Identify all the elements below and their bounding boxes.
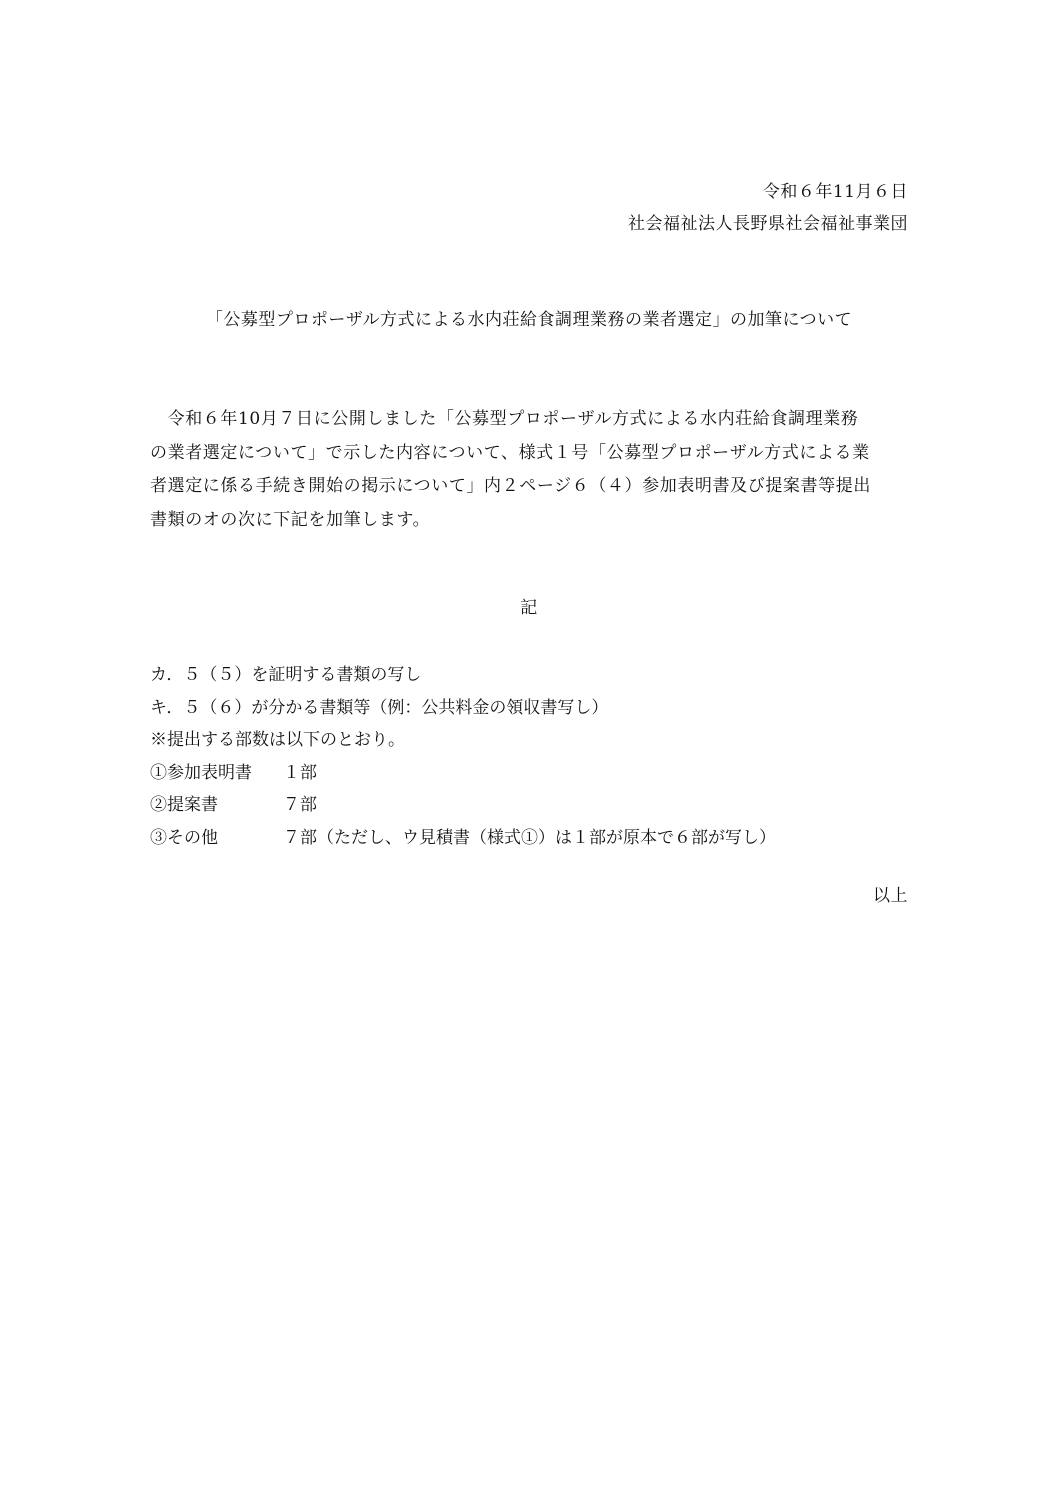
copies-value: ７部 — [283, 789, 317, 822]
list-item-ki: キ．５（６）が分かる書類等（例：公共料金の領収書写し） — [150, 692, 776, 725]
body-line: 令和６年10月７日に公開しました「公募型プロポーザル方式による水内荘給食調理業務 — [150, 403, 910, 437]
document-title: 「公募型プロポーザル方式による水内荘給食調理業務の業者選定」の加筆について — [0, 309, 1058, 331]
document-page: 令和６年11月６日 社会福祉法人長野県社会福祉事業団 「公募型プロポーザル方式に… — [0, 0, 1058, 1497]
note-text: ※提出する部数は以下のとおり。 — [150, 724, 405, 757]
list-item-ka: カ．５（５）を証明する書類の写し — [150, 659, 776, 692]
copies-row: ②提案書 ７部 — [150, 789, 776, 822]
body-paragraph: 令和６年10月７日に公開しました「公募型プロポーザル方式による水内荘給食調理業務… — [150, 403, 910, 537]
item-text: キ．５（６）が分かる書類等（例：公共料金の領収書写し） — [150, 692, 608, 725]
body-line: 者選定に係る手続き開始の掲示について」内２ページ６（４）参加表明書及び提案書等提… — [150, 470, 910, 504]
closing-mark: 以上 — [873, 885, 908, 907]
copies-label: ②提案書 — [150, 789, 283, 822]
item-text: カ．５（５）を証明する書類の写し — [150, 659, 421, 692]
issuing-organization: 社会福祉法人長野県社会福祉事業団 — [628, 213, 908, 235]
copies-value: １部 — [283, 757, 317, 790]
addendum-list: カ．５（５）を証明する書類の写し キ．５（６）が分かる書類等（例：公共料金の領収… — [150, 659, 776, 854]
body-line: 書類のオの次に下記を加筆します。 — [150, 504, 910, 538]
copies-note: ※提出する部数は以下のとおり。 — [150, 724, 776, 757]
body-line: の業者選定について」で示した内容について、様式１号「公募型プロポーザル方式による… — [150, 437, 910, 471]
copies-row: ③その他 ７部（ただし、ウ見積書（様式①）は１部が原本で６部が写し） — [150, 822, 776, 855]
copies-label: ①参加表明書 — [150, 757, 283, 790]
copies-label: ③その他 — [150, 822, 283, 855]
record-heading: 記 — [0, 597, 1058, 619]
document-date: 令和６年11月６日 — [763, 181, 908, 203]
copies-row: ①参加表明書 １部 — [150, 757, 776, 790]
copies-value: ７部（ただし、ウ見積書（様式①）は１部が原本で６部が写し） — [283, 822, 776, 855]
